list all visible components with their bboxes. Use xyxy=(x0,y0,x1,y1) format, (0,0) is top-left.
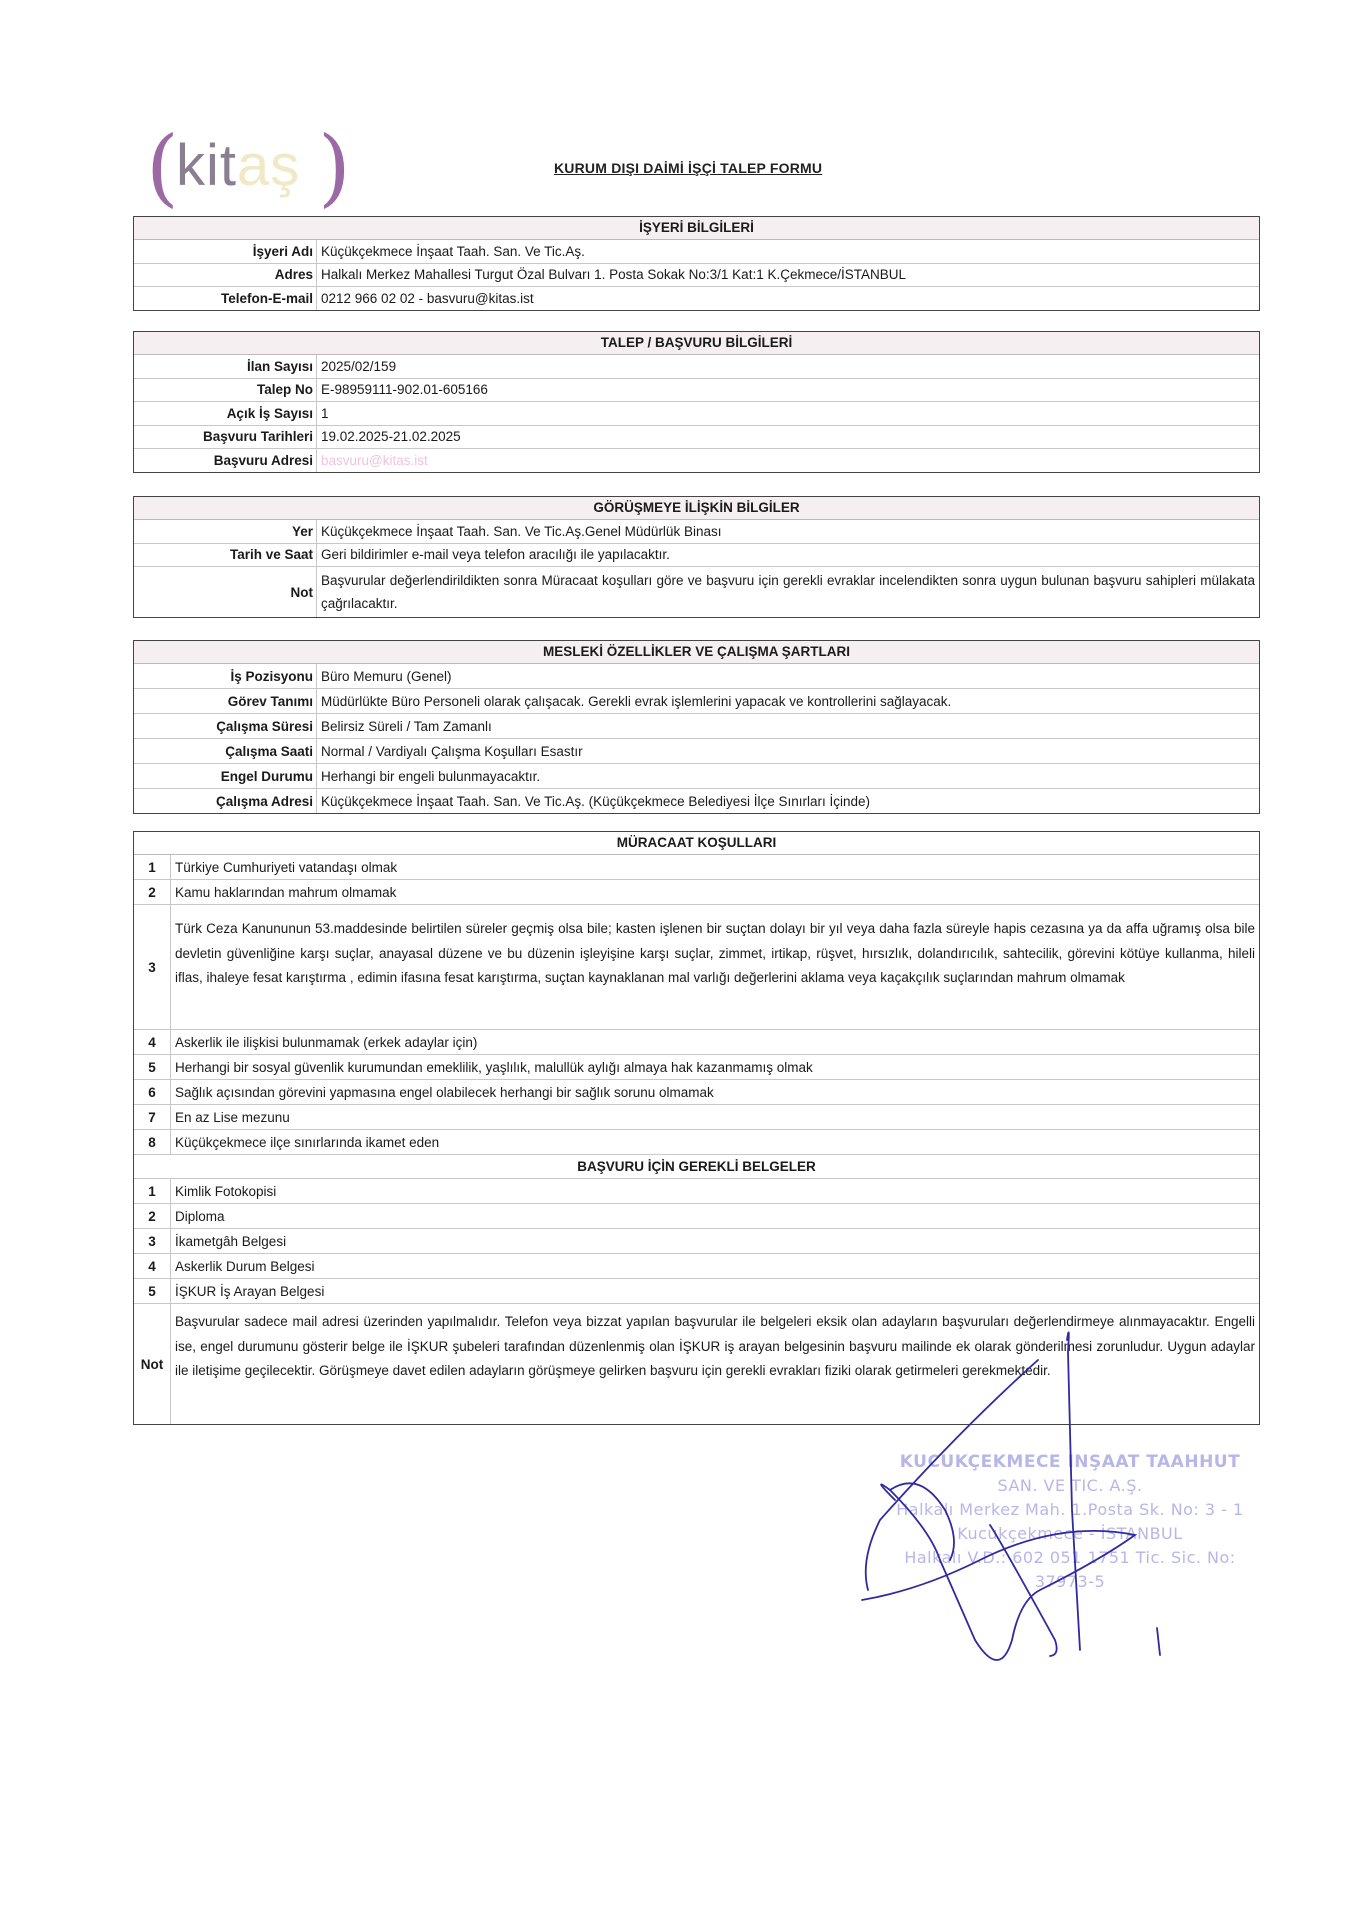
table-row: Görev TanımıMüdürlükte Büro Personeli ol… xyxy=(134,689,1259,714)
table-row: İş PozisyonuBüro Memuru (Genel) xyxy=(134,664,1259,689)
list-item: 4Askerlik ile ilişkisi bulunmamak (erkek… xyxy=(134,1030,1259,1055)
list-item: 4Askerlik Durum Belgesi xyxy=(134,1254,1259,1279)
list-item: 5Herhangi bir sosyal güvenlik kurumundan… xyxy=(134,1055,1259,1080)
logo-wordmark: kitaş xyxy=(176,134,300,198)
table-row: Açık İş Sayısı1 xyxy=(134,402,1259,426)
list-item: 5İŞKUR İş Arayan Belgesi xyxy=(134,1279,1259,1304)
section-title: İŞYERİ BİLGİLERİ xyxy=(134,217,1259,240)
logo-left-bracket: ( xyxy=(146,128,179,206)
list-item: 3İkametgâh Belgesi xyxy=(134,1229,1259,1254)
table-row: NotBaşvurular değerlendirildikten sonra … xyxy=(134,567,1259,617)
note-label: Not xyxy=(134,1304,171,1424)
basvuru-email-link[interactable]: basvuru@kitas.ist xyxy=(317,449,1259,472)
list-item: 6Sağlık açısından görevini yapmasına eng… xyxy=(134,1080,1259,1105)
list-item: 7En az Lise mezunu xyxy=(134,1105,1259,1130)
section-title: TALEP / BAŞVURU BİLGİLERİ xyxy=(134,332,1259,355)
kitas-logo: ( kitaş ) xyxy=(146,128,366,208)
belgeler-title: BAŞVURU İÇİN GEREKLİ BELGELER xyxy=(134,1155,1259,1179)
list-item: 1Kimlik Fotokopisi xyxy=(134,1179,1259,1204)
table-row: AdresHalkalı Merkez Mahallesi Turgut Öza… xyxy=(134,264,1259,288)
isyeri-section: İŞYERİ BİLGİLERİ İşyeri AdıKüçükçekmece … xyxy=(133,216,1260,311)
table-row: Çalışma AdresiKüçükçekmece İnşaat Taah. … xyxy=(134,789,1259,813)
form-title: KURUM DIŞI DAİMİ İŞÇİ TALEP FORMU xyxy=(554,160,822,176)
table-row: Başvuru Tarihleri19.02.2025-21.02.2025 xyxy=(134,426,1259,450)
table-row: Başvuru Adresibasvuru@kitas.ist xyxy=(134,449,1259,472)
section-title: MESLEKİ ÖZELLİKLER VE ÇALIŞMA ŞARTLARI xyxy=(134,641,1259,664)
table-row: Talep NoE-98959111-902.01-605166 xyxy=(134,379,1259,403)
section-title: MÜRACAAT KOŞULLARI xyxy=(134,832,1259,855)
note-text: Başvurular sadece mail adresi üzerinden … xyxy=(171,1304,1259,1424)
list-item: 3Türk Ceza Kanununun 53.maddesinde belir… xyxy=(134,905,1259,1030)
muracaat-section: MÜRACAAT KOŞULLARI 1Türkiye Cumhuriyeti … xyxy=(133,831,1260,1425)
table-row: Tarih ve SaatGeri bildirimler e-mail vey… xyxy=(134,544,1259,568)
table-row: Engel DurumuHerhangi bir engeli bulunmay… xyxy=(134,764,1259,789)
logo-right-bracket: ) xyxy=(318,128,351,206)
table-row: Telefon-E-mail0212 966 02 02 - basvuru@k… xyxy=(134,287,1259,310)
table-row: Çalışma SüresiBelirsiz Süreli / Tam Zama… xyxy=(134,714,1259,739)
table-row: Çalışma SaatiNormal / Vardiyalı Çalışma … xyxy=(134,739,1259,764)
mesleki-section: MESLEKİ ÖZELLİKLER VE ÇALIŞMA ŞARTLARI İ… xyxy=(133,640,1260,814)
list-item: 8Küçükçekmece ilçe sınırlarında ikamet e… xyxy=(134,1130,1259,1155)
list-item: 2Diploma xyxy=(134,1204,1259,1229)
list-item: 1Türkiye Cumhuriyeti vatandaşı olmak xyxy=(134,855,1259,880)
list-item: 2Kamu haklarından mahrum olmamak xyxy=(134,880,1259,905)
note-row: NotBaşvurular sadece mail adresi üzerind… xyxy=(134,1304,1259,1424)
company-stamp: KUCUKÇEKMECE INŞAAT TAAHHUT SAN. VE TIC.… xyxy=(880,1450,1260,1594)
talep-section: TALEP / BAŞVURU BİLGİLERİ İlan Sayısı202… xyxy=(133,331,1260,473)
table-row: İlan Sayısı2025/02/159 xyxy=(134,355,1259,379)
gorusme-section: GÖRÜŞMEYE İLİŞKİN BİLGİLER YerKüçükçekme… xyxy=(133,496,1260,618)
section-title: GÖRÜŞMEYE İLİŞKİN BİLGİLER xyxy=(134,497,1259,520)
table-row: YerKüçükçekmece İnşaat Taah. San. Ve Tic… xyxy=(134,520,1259,544)
table-row: İşyeri AdıKüçükçekmece İnşaat Taah. San.… xyxy=(134,240,1259,264)
